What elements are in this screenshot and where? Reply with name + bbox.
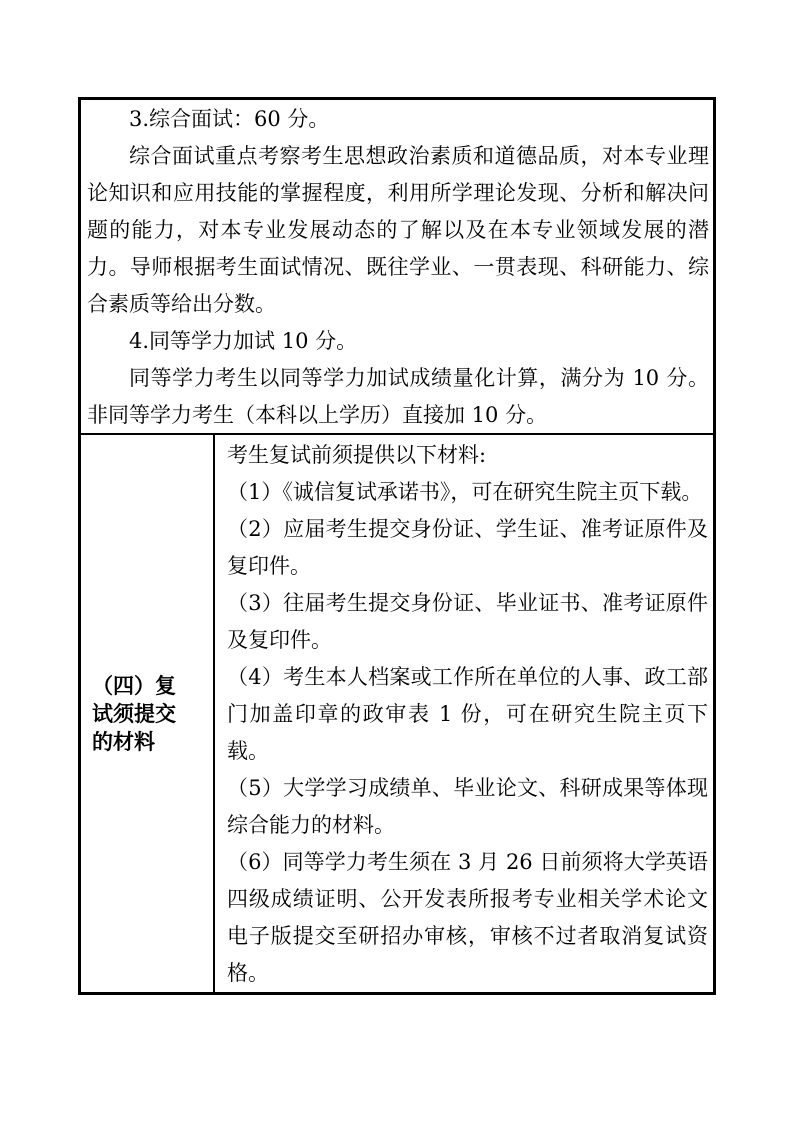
materials-intro-line: 考生复试前须提供以下材料:	[227, 437, 708, 474]
paragraph-interview-score: 3.综合面试：60 分。	[87, 101, 709, 138]
material-item-2: （2）应届考生提交身份证、学生证、准考证原件及复印件。	[227, 511, 708, 585]
paragraph-supplementary-exam-description: 同等学力考生以同等学力加试成绩量化计算，满分为 10 分。非同等学力考生（本科以…	[87, 360, 709, 434]
paragraph-interview-description: 综合面试重点考察考生思想政治素质和道德品质，对本专业理论知识和应用技能的掌握程度…	[87, 138, 709, 323]
materials-content-cell: 考生复试前须提供以下材料: （1）《诚信复试承诺书》，可在研究生院主页下载。 （…	[215, 435, 713, 992]
paragraph-supplementary-exam-score: 4.同等学力加试 10 分。	[87, 323, 709, 360]
materials-section-label: （四）复试须提交的材料	[92, 672, 182, 756]
materials-label-cell: （四）复试须提交的材料	[81, 435, 215, 992]
material-item-5: （5）大学学习成绩单、毕业论文、科研成果等体现综合能力的材料。	[227, 770, 708, 844]
material-item-6: （6）同等学力考生须在 3 月 26 日前须将大学英语四级成绩证明、公开发表所报…	[227, 844, 708, 992]
document-table: 3.综合面试：60 分。 综合面试重点考察考生思想政治素质和道德品质，对本专业理…	[78, 97, 716, 995]
material-item-3: （3）往届考生提交身份证、毕业证书、准考证原件及复印件。	[227, 585, 708, 659]
scoring-section-cell: 3.综合面试：60 分。 综合面试重点考察考生思想政治素质和道德品质，对本专业理…	[81, 100, 713, 435]
material-item-4: （4）考生本人档案或工作所在单位的人事、政工部门加盖印章的政审表 1 份，可在研…	[227, 659, 708, 770]
material-item-1: （1）《诚信复试承诺书》，可在研究生院主页下载。	[227, 474, 708, 511]
document-page: 3.综合面试：60 分。 综合面试重点考察考生思想政治素质和道德品质，对本专业理…	[0, 0, 793, 1122]
materials-row: （四）复试须提交的材料 考生复试前须提供以下材料: （1）《诚信复试承诺书》，可…	[81, 435, 713, 992]
